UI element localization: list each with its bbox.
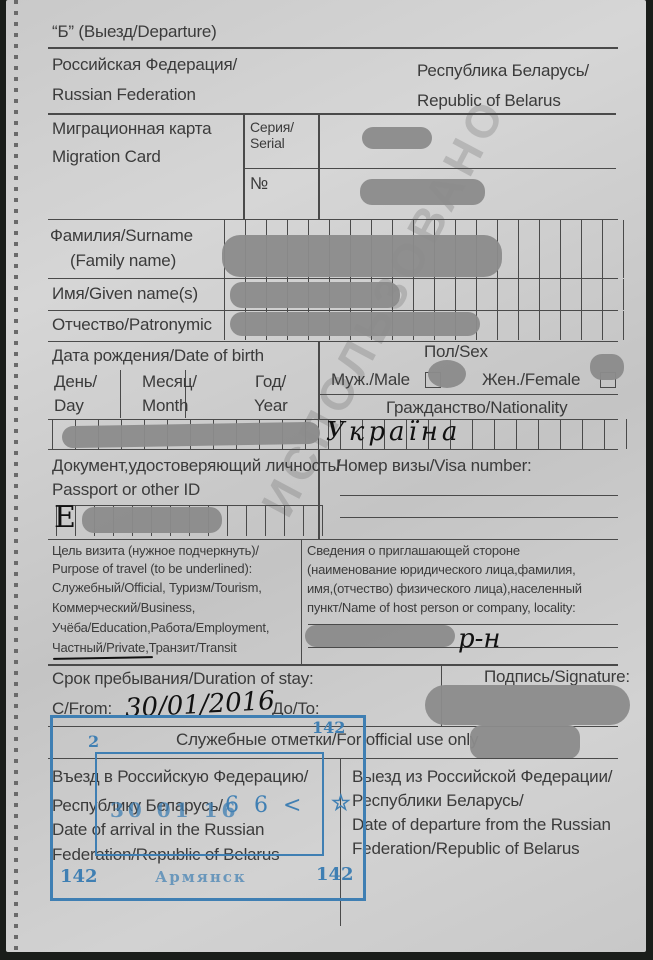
purpose-line-4[interactable]: Частный/Private,Транзит/Transit <box>52 640 237 656</box>
sex-label: Пол/Sex <box>424 342 488 362</box>
female-label: Жен./Female <box>482 370 580 390</box>
surname-label-2: (Family name) <box>70 251 176 271</box>
stamp-date: 30 01 16 <box>110 798 239 822</box>
divider <box>318 394 618 395</box>
stamp-top-right: 142 <box>312 718 345 737</box>
stamp-bottom-right: 142 <box>316 864 354 885</box>
purpose-line-2[interactable]: Коммерческий/Business, <box>52 600 195 616</box>
stamp-top-left: 2 <box>88 732 99 751</box>
visa-line-2[interactable] <box>340 517 618 518</box>
patronymic-value-redacted <box>230 312 480 336</box>
signature-redacted <box>425 685 630 725</box>
purpose-line-1[interactable]: Служебный/Official, Туризм/Tourism, <box>52 580 262 596</box>
day-label-en: Day <box>54 396 84 416</box>
country-left-en: Russian Federation <box>52 85 196 105</box>
month-label-ru: Месяц/ <box>142 372 197 392</box>
form-header: “Б” (Выезд/Departure) <box>52 22 217 42</box>
given-name-label: Имя/Given name(s) <box>52 284 198 304</box>
divider <box>48 664 618 666</box>
signature-label: Подпись/Signature: <box>484 667 630 687</box>
purpose-label-ru: Цель визита (нужное подчеркнуть)/ <box>52 543 259 559</box>
nationality-value: Україна <box>326 417 461 447</box>
divider <box>48 449 618 450</box>
female-mark-redacted <box>590 354 624 380</box>
divider <box>243 114 245 220</box>
stamp-bottom-center: Армянск <box>155 868 247 886</box>
country-left-ru: Российская Федерация/ <box>52 55 237 75</box>
card-title-ru: Миграционная карта <box>52 119 211 139</box>
card-title-en: Migration Card <box>52 147 161 167</box>
divider <box>243 168 616 169</box>
divider <box>120 370 121 418</box>
perforated-edge <box>14 0 18 950</box>
host-line-1: Сведения о приглашающей стороне <box>307 543 520 559</box>
serial-label-en: Serial <box>250 135 285 151</box>
country-right-ru: Республика Беларусь/ <box>417 61 589 81</box>
host-line-3: имя,(отчество) физического лица),населен… <box>307 581 582 597</box>
host-line-2: (наименование юридического лица,фамилия, <box>307 562 576 578</box>
number-value-redacted <box>360 179 485 205</box>
sex-value-redacted <box>428 360 466 388</box>
departure-line-3: Date of departure from the Russian <box>352 815 611 835</box>
year-label-en: Year <box>254 396 288 416</box>
surname-label: Фамилия/Surname <box>50 226 193 246</box>
dob-value-redacted <box>62 422 320 448</box>
passport-prefix: Е <box>54 500 76 535</box>
divider <box>318 114 320 220</box>
number-label: № <box>250 174 268 194</box>
departure-line-1: Выезд из Российской Федерации/ <box>352 767 612 787</box>
given-name-value-redacted <box>230 282 400 308</box>
divider <box>48 47 618 49</box>
stay-label: Срок пребывания/Duration of stay: <box>52 669 314 689</box>
month-label-en: Month <box>142 396 188 416</box>
patronymic-label: Отчество/Patronymic <box>52 315 212 335</box>
divider <box>48 539 618 540</box>
divider <box>48 341 618 342</box>
host-value-suffix: р-н <box>458 624 501 654</box>
surname-value-redacted <box>222 235 502 277</box>
purpose-label-en: Purpose of travel (to be underlined): <box>52 561 252 577</box>
passport-label-ru: Документ,удостоверяющий личность/ <box>52 456 341 476</box>
departure-line-4: Federation/Republic of Belarus <box>352 839 579 859</box>
passport-value-redacted <box>82 507 222 533</box>
male-label: Муж./Male <box>331 370 410 390</box>
divider <box>301 539 302 665</box>
year-label-ru: Год/ <box>255 372 286 392</box>
host-line-4: пункт/Name of host person or company, lo… <box>307 600 576 616</box>
divider <box>48 113 616 115</box>
divider <box>318 341 320 419</box>
serial-value-redacted <box>362 127 432 149</box>
stamp-bottom-left: 142 <box>60 866 98 887</box>
departure-line-2: Республики Беларусь/ <box>352 791 524 811</box>
dob-label: Дата рождения/Date of birth <box>52 346 264 366</box>
serial-label-ru: Серия/ <box>250 119 294 135</box>
visa-label: Номер визы/Visa number: <box>336 456 532 476</box>
country-right-en: Republic of Belarus <box>417 91 561 111</box>
nationality-label: Гражданство/Nationality <box>386 398 567 418</box>
day-label-ru: День/ <box>54 372 97 392</box>
visa-line-1[interactable] <box>340 495 618 496</box>
stamp-mid: 6 6 < <box>225 793 305 818</box>
stamp-star-icon: ☆ <box>331 790 351 816</box>
host-value-redacted <box>305 625 455 647</box>
passport-label-en: Passport or other ID <box>52 480 200 500</box>
purpose-line-3[interactable]: Учёба/Education,Работа/Employment, <box>52 620 269 636</box>
official-use-redacted <box>470 725 580 759</box>
